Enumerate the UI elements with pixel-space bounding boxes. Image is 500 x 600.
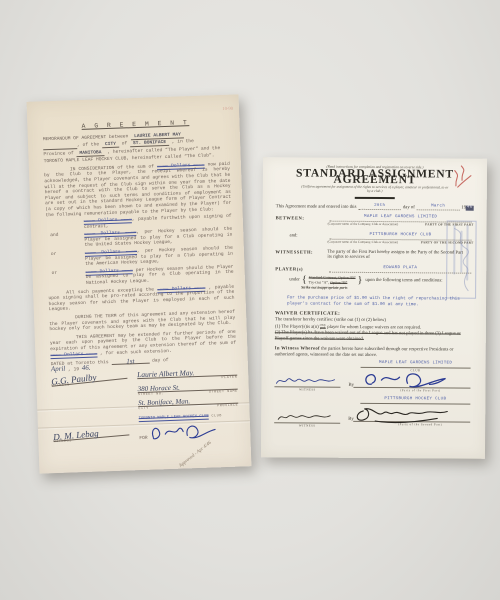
for-label: FOR [139, 436, 147, 442]
form-title: STANDARD ASSIGNMENT AGREEMENT [276, 171, 474, 184]
clause-marker: or [47, 251, 70, 269]
signature-zone: G.G. Paulby WITNESS Laurie Albert May. P… [51, 369, 240, 475]
city-word-field: CITY [102, 141, 119, 148]
form-witness2-signature [274, 410, 338, 424]
second-part-by-row: By [348, 405, 470, 423]
agreement-mid: day of [403, 205, 415, 211]
typed-terms-line2: player's contract for the sum of $1.00 a… [287, 301, 473, 309]
party2-typed: PITTSBURGH HOCKEY CLUB [370, 233, 432, 237]
first-part-signature-line [354, 371, 471, 389]
party1-caption: (Corporate name of the Company, Club or … [328, 222, 399, 228]
consideration-paragraph: IN CONSIDERATION of the sum of ———— Doll… [44, 162, 232, 219]
waiver1-post: player for whom League waivers are not r… [327, 325, 421, 331]
club-label: CLUB [211, 414, 222, 418]
and-label: and: [275, 233, 327, 239]
player-row: PLAYER(s) EDWARD PLATA [275, 264, 473, 273]
intro-text: , in the [172, 139, 194, 145]
typed-day: 29th [374, 204, 385, 208]
city-label: CITY [138, 407, 149, 413]
first-part-signature [358, 371, 458, 390]
party2-suffix: PARTY OF THE SECOND PART [421, 240, 474, 246]
witness-label: WITNESS [274, 388, 340, 394]
typed-year: 46 [466, 205, 474, 211]
typed-player-agreement-document: 10-90 A G R E E M E N T MEMORANDUM OF AG… [27, 94, 252, 473]
street-name-label: STREET NAME [209, 390, 238, 397]
province-field: MANITOBA [76, 150, 104, 157]
party1-captions: (Corporate name of the Company, Club or … [276, 222, 474, 229]
month-blank: March [417, 203, 460, 211]
witness2-line [274, 409, 340, 424]
open-brace: { [302, 276, 307, 285]
witness2-block: D. M. Lebag WITNESS [53, 431, 129, 446]
and-row: and: PITTSBURGH HOCKEY CLUB [275, 231, 473, 240]
waiver-item-2-struck: (2) The Player(s) ha./have been waived o… [275, 331, 473, 344]
dated-mid: day of [152, 358, 169, 364]
province-label: PROVINCE [217, 404, 238, 410]
second-part-club-line: PITTSBURGH HOCKEY CLUB [360, 397, 470, 405]
city-field: ST. BONIFACE [130, 140, 169, 147]
under-label: under [289, 277, 300, 283]
waiver1-pre: (1) The Player(s)is a(n) [275, 325, 319, 330]
player-name-typed: EDWARD PLATA [383, 266, 417, 270]
contract-options: Standard Contract, Option “B” Try-Out “A… [309, 276, 356, 286]
party2-caption: (Corporate name of the Company, Club or … [327, 240, 398, 246]
form-witness1-block: WITNESS [274, 373, 340, 394]
blank-field [43, 144, 77, 150]
in-witness-lead: In Witness Whereof [275, 346, 320, 351]
second-part-caption: (Party of the Second Part) [370, 422, 470, 429]
option2-struck: Option “B” [330, 281, 347, 285]
between-label: BETWEEN: [276, 215, 328, 221]
under-block: under { Standard Contract, Option “B” Tr… [289, 276, 473, 286]
party1-typed: MAPLE LEAF GARDENS LIMITED [364, 215, 437, 220]
handwritten-year: 46. [82, 364, 91, 372]
witnesseth-line2: its rights to services of [327, 255, 369, 260]
for-signature-row: FOR [139, 420, 240, 441]
prorate-paragraph: All such payments excepting the ———— Dol… [48, 284, 235, 313]
witnesseth-line1: The party of the First Part hereby assig… [327, 249, 463, 255]
players-label: PLAYER(s) [275, 266, 327, 272]
auction-photo-background: 10-90 A G R E E M E N T MEMORANDUM OF AG… [0, 0, 500, 600]
form-subtitle: (Uniform agreement for assignment of the… [300, 184, 450, 194]
amat-prof-choice: amat.prof. [320, 324, 327, 330]
clause-text: , per Hockey season should the Player be… [85, 246, 233, 267]
under-suffix: upon the following terms and conditions: [365, 278, 442, 284]
in-witness-clause: In Witness Whereof the parties hereto ha… [275, 346, 473, 359]
agreement-date-line: This Agreement made and entered into thi… [276, 202, 474, 211]
witness1-line [274, 373, 340, 388]
extension-paragraph: THIS AGREEMENT may be extended for furth… [50, 329, 237, 358]
witnesseth-label: WITNESSETH: [275, 249, 327, 261]
player-signature-block: Laurie Albert May. PLAYER 380 Horace St.… [137, 369, 239, 442]
intro-text: Province of [43, 151, 73, 157]
form-witness1-signature [274, 374, 338, 388]
day-blank: 29th [358, 202, 401, 210]
party2-captions: (Corporate name of the Company, Club or … [275, 239, 473, 246]
form-witness2-block: WITNESS [274, 409, 340, 430]
extension-post: , for each such extension. [100, 348, 172, 355]
standard-assignment-agreement-document: (Read instructions for completion and re… [261, 157, 487, 459]
witness1-block: G.G. Paulby WITNESS [51, 375, 127, 390]
handwritten-month: April [51, 365, 66, 373]
strike-instruction: Strike out inappropriate parts [301, 286, 473, 293]
pencil-approval-note: Approved - Apr 4/46 [178, 441, 212, 470]
year-printed: , 19 [68, 367, 79, 372]
option2-kept: Try-Out “A”, [309, 280, 329, 284]
clause-marker: or [47, 270, 70, 288]
witnesseth-block: WITNESSETH: The party of the First Part … [275, 249, 473, 262]
assignment-form-body: (Read instructions for completion and re… [261, 157, 487, 459]
clause-body: ———— Dollars ———— per Hockey season shou… [69, 265, 233, 287]
clause-marker: and [46, 233, 69, 251]
club2-typed: PITTSBURGH HOCKEY CLUB [360, 397, 470, 405]
first-part-by-row: By [348, 371, 470, 389]
between-row: BETWEEN: MAPLE LEAF GARDENS LIMITED [276, 213, 474, 222]
intro-text: , of the [77, 142, 99, 148]
typed-month: March [431, 204, 445, 208]
agreement-title: A G R E E M E N T [42, 119, 228, 131]
typed-agreement-body: A G R E E M E N T MEMORANDUM OF AGREEMEN… [27, 94, 252, 473]
witnesseth-text: The party of the First Part hereby assig… [327, 249, 463, 262]
intro-text: of [122, 141, 128, 146]
second-part-signature-line [354, 405, 471, 423]
agreement-pre: This Agreement made and entered into thi… [276, 204, 357, 210]
club-representative-signature [147, 421, 220, 442]
party1-suffix: PARTY OF THE FIRST PART [425, 223, 473, 229]
clause-text: per Hockey season should the Player be a… [86, 265, 234, 286]
struck-amount: ———— Dollars ———— [50, 351, 97, 359]
first-part-caption: (Party of the First Part) [370, 388, 470, 395]
player-name-blank: EDWARD PLATA [329, 265, 471, 274]
title-rule [355, 196, 395, 198]
close-brace: } [357, 276, 362, 285]
clause-marker [46, 220, 68, 232]
prof-option-struck: prof. [320, 327, 327, 330]
form-signature-block: MAPLE LEAF GARDENS LIMITED CLUB By (Part… [274, 361, 472, 434]
witness-label: WITNESS [274, 424, 340, 430]
handwritten-day: 1st [126, 357, 134, 365]
